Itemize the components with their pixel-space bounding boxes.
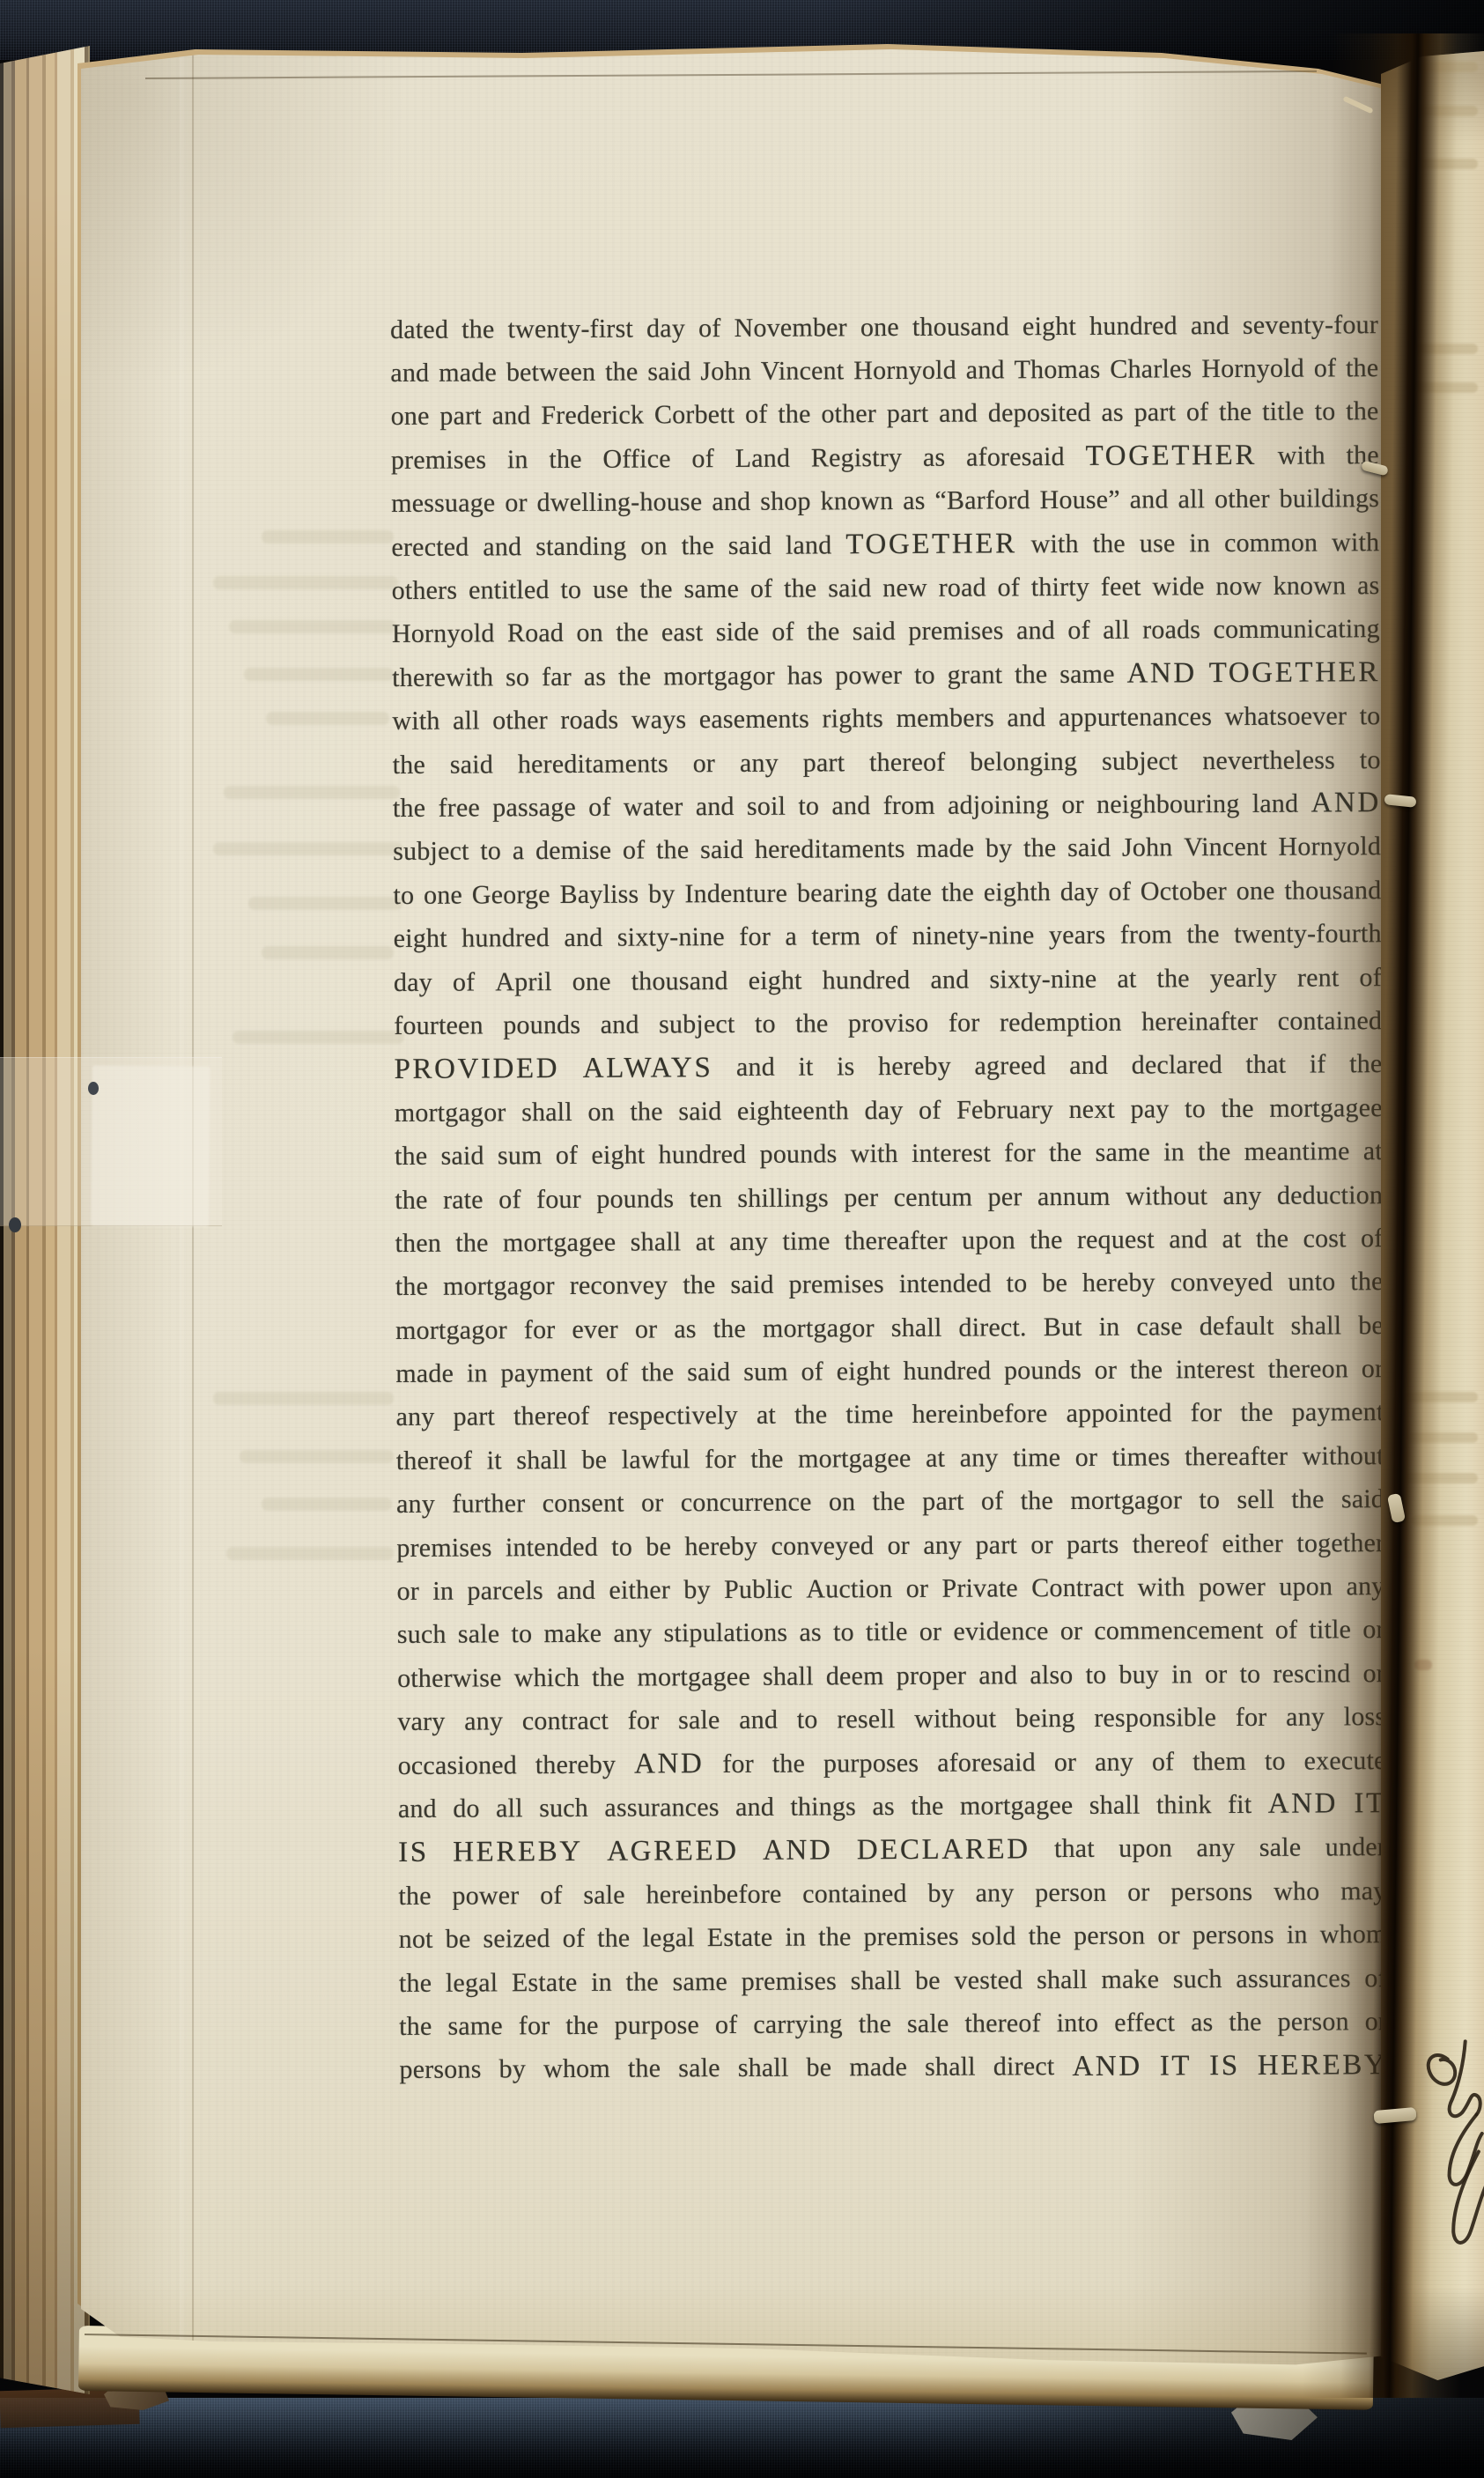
- document-text: datedthetwenty-firstdayofNovemberonethou…: [390, 303, 1388, 2092]
- document-line: occasionedtherebyANDforthepurposesafores…: [398, 1739, 1386, 1787]
- document-line: onepartandFrederickCorbettoftheotherpart…: [391, 390, 1379, 439]
- document-line: thesaidsumofeighthundredpoundswithintere…: [395, 1130, 1383, 1179]
- document-line: thenthemortgageeshallatanytimethereafter…: [395, 1217, 1383, 1265]
- document-line: thesameforthepurposeofcarryingthesalethe…: [399, 2000, 1387, 2048]
- document-line: PROVIDEDALWAYSanditisherebyagreedanddecl…: [394, 1043, 1382, 1091]
- document-line: madeinpaymentofthesaidsumofeighthundredp…: [395, 1347, 1384, 1395]
- document-page: datedthetwenty-firstdayofNovemberonethou…: [81, 44, 1387, 2374]
- document-line: andmadebetweenthesaidJohnVincentHornyold…: [390, 347, 1378, 396]
- showthrough-mark: [262, 530, 394, 544]
- document-line: erectedandstandingonthesaidlandTOGETHERw…: [391, 521, 1379, 569]
- document-line: thelegalEstateinthesamepremisesshallbeve…: [399, 1957, 1387, 2005]
- document-line: thesaidhereditamentsoranypartthereofbelo…: [393, 738, 1381, 787]
- document-line: premisesintendedtobeherebyconveyedoranyp…: [396, 1521, 1384, 1570]
- scanned-book-page: datedthetwenty-firstdayofNovemberonethou…: [0, 0, 1484, 2478]
- document-line: anyfurtherconsentorconcurrenceontheparto…: [396, 1478, 1384, 1527]
- showthrough-mark: [262, 1498, 392, 1511]
- showthrough-mark: [213, 1392, 394, 1405]
- document-line: messuageordwelling-houseandshopknownas“B…: [391, 477, 1379, 526]
- document-line: subjecttoademiseofthesaidhereditamentsma…: [393, 825, 1381, 874]
- document-line: datedthetwenty-firstdayofNovemberonethou…: [390, 303, 1378, 351]
- document-line: therateoffourpoundstenshillingspercentum…: [395, 1173, 1383, 1222]
- document-line: othersentitledtousethesameofthesaidnewro…: [392, 564, 1380, 612]
- document-line: thereofitshallbelawfulforthemortgageeata…: [396, 1434, 1384, 1483]
- document-line: mortgagorshallonthesaideighteenthdayofFe…: [395, 1086, 1383, 1135]
- wormhole-dot: [9, 1217, 21, 1232]
- document-line: mortgagorforeverorasthemortgagorshalldir…: [395, 1304, 1384, 1352]
- showthrough-mark: [244, 668, 394, 681]
- paper-repair-patch: [91, 1065, 210, 1226]
- showthrough-mark: [262, 946, 394, 959]
- document-line: eighthundredandsixty-nineforatermofninet…: [394, 913, 1382, 961]
- document-line: themortgagorreconveythesaidpremisesinten…: [395, 1261, 1384, 1309]
- document-line: dayofAprilonethousandeighthundredandsixt…: [394, 956, 1382, 1004]
- document-line: tooneGeorgeBaylissbyIndenturebearingdate…: [393, 869, 1381, 917]
- showthrough-mark: [233, 1031, 404, 1044]
- showthrough-mark: [248, 897, 402, 910]
- showthrough-mark: [213, 842, 402, 855]
- showthrough-mark: [224, 786, 400, 799]
- document-line: anypartthereofrespectivelyatthetimeherei…: [395, 1391, 1384, 1439]
- showthrough-mark: [266, 712, 389, 725]
- showthrough-mark: [226, 1547, 394, 1560]
- document-line: fourteenpoundsandsubjecttotheprovisoforr…: [394, 999, 1382, 1047]
- document-line: premisesintheOfficeofLandRegistryasafore…: [391, 433, 1379, 482]
- showthrough-mark: [229, 620, 396, 633]
- document-line: anddoallsuchassurancesandthingsasthemort…: [398, 1782, 1386, 1831]
- document-line: personsbywhomthesaleshallbemadeshalldire…: [399, 2044, 1387, 2092]
- wormhole-dot: [88, 1082, 99, 1095]
- document-line: orinparcelsandeitherbyPublicAuctionorPri…: [396, 1564, 1384, 1613]
- document-line: notbeseizedofthelegalEstateinthepremises…: [399, 1913, 1387, 1962]
- showthrough-mark: [240, 1450, 394, 1463]
- document-line: thepowerofsalehereinbeforecontainedbyany…: [398, 1869, 1386, 1918]
- document-line: thefreepassageofwaterandsoiltoandfromadj…: [393, 781, 1381, 830]
- document-line: ISHEREBYAGREEDANDDECLAREDthatuponanysale…: [398, 1826, 1386, 1875]
- showthrough-mark: [213, 576, 398, 589]
- document-line: HornyoldRoadontheeastsideofthesaidpremis…: [392, 608, 1380, 656]
- document-line: therewithsofarasthemortgagorhaspowertogr…: [392, 651, 1380, 699]
- document-line: withallotherroadswayseasementsrightsmemb…: [392, 695, 1380, 743]
- document-line: suchsaletomakeanystipulationsastotitleor…: [397, 1609, 1385, 1657]
- document-line: varyanycontractforsaleandtoresellwithout…: [397, 1696, 1385, 1744]
- document-line: otherwisewhichthemortgageeshalldeemprope…: [397, 1652, 1385, 1700]
